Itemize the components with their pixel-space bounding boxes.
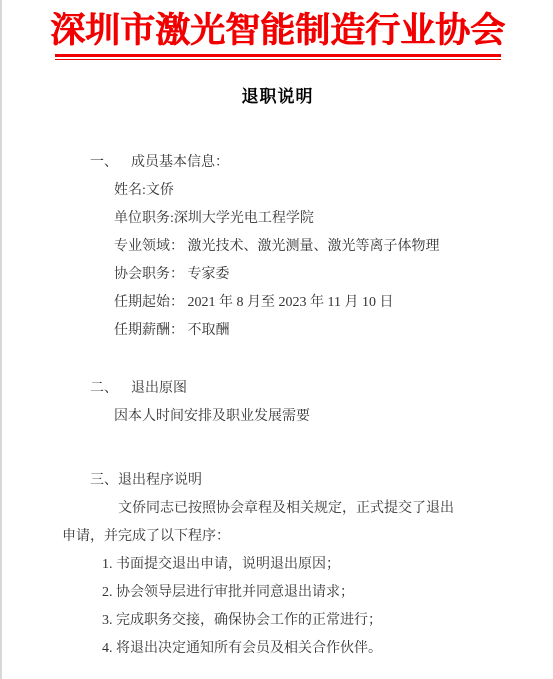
document-body: 一、成员基本信息： 姓名:文侨 单位职务:深圳大学光电工程学院 专业领域： 激光… (62, 149, 462, 663)
section-exit-reason: 二、退出原图 因本人时间安排及职业发展需要 (62, 375, 462, 431)
section-2-number: 二、 (90, 381, 118, 396)
field-term-dates: 任期起始： 2021 年 8 月至 2023 年 11 月 10 日 (62, 289, 462, 317)
document-page: { "letterhead": { "org_name": "深圳市激光智能制造… (0, 0, 553, 679)
field-specialty: 专业领域： 激光技术、激光测量、激光等离子体物理 (62, 233, 462, 261)
field-unit-position: 单位职务:深圳大学光电工程学院 (62, 205, 462, 233)
section-3-title: 退出程序说明 (118, 473, 202, 488)
section-1-heading: 一、成员基本信息： (62, 149, 462, 177)
section-3-heading: 三、退出程序说明 (62, 467, 462, 495)
procedure-intro-paragraph: 文侨同志已按照协会章程及相关规定，正式提交了退出申请，并完成了以下程序： (62, 495, 462, 551)
procedure-step-4: 4. 将退出决定通知所有会员及相关合作伙伴。 (62, 635, 462, 663)
letterhead: 深圳市激光智能制造行业协会 (2, 10, 553, 60)
field-association-position: 协会职务： 专家委 (62, 261, 462, 289)
letterhead-double-rule (55, 54, 501, 60)
section-3-number: 三、 (90, 473, 118, 488)
section-1-number: 一、 (90, 155, 118, 170)
section-2-heading: 二、退出原图 (62, 375, 462, 403)
section-exit-procedure: 三、退出程序说明 文侨同志已按照协会章程及相关规定，正式提交了退出申请，并完成了… (62, 467, 462, 663)
field-name: 姓名:文侨 (62, 177, 462, 205)
field-term-salary: 任期薪酬： 不取酬 (62, 317, 462, 345)
section-1-title: 成员基本信息： (131, 155, 229, 170)
procedure-step-2: 2. 协会领导层进行审批并同意退出请求； (62, 579, 462, 607)
procedure-step-1: 1. 书面提交退出申请，说明退出原因； (62, 551, 462, 579)
document-title: 退职说明 (2, 87, 553, 107)
procedure-step-3: 3. 完成职务交接，确保协会工作的正常进行； (62, 607, 462, 635)
section-2-title: 退出原图 (131, 381, 187, 396)
exit-reason-text: 因本人时间安排及职业发展需要 (62, 403, 462, 431)
letterhead-org-name: 深圳市激光智能制造行业协会 (2, 10, 553, 52)
section-member-info: 一、成员基本信息： 姓名:文侨 单位职务:深圳大学光电工程学院 专业领域： 激光… (62, 149, 462, 345)
